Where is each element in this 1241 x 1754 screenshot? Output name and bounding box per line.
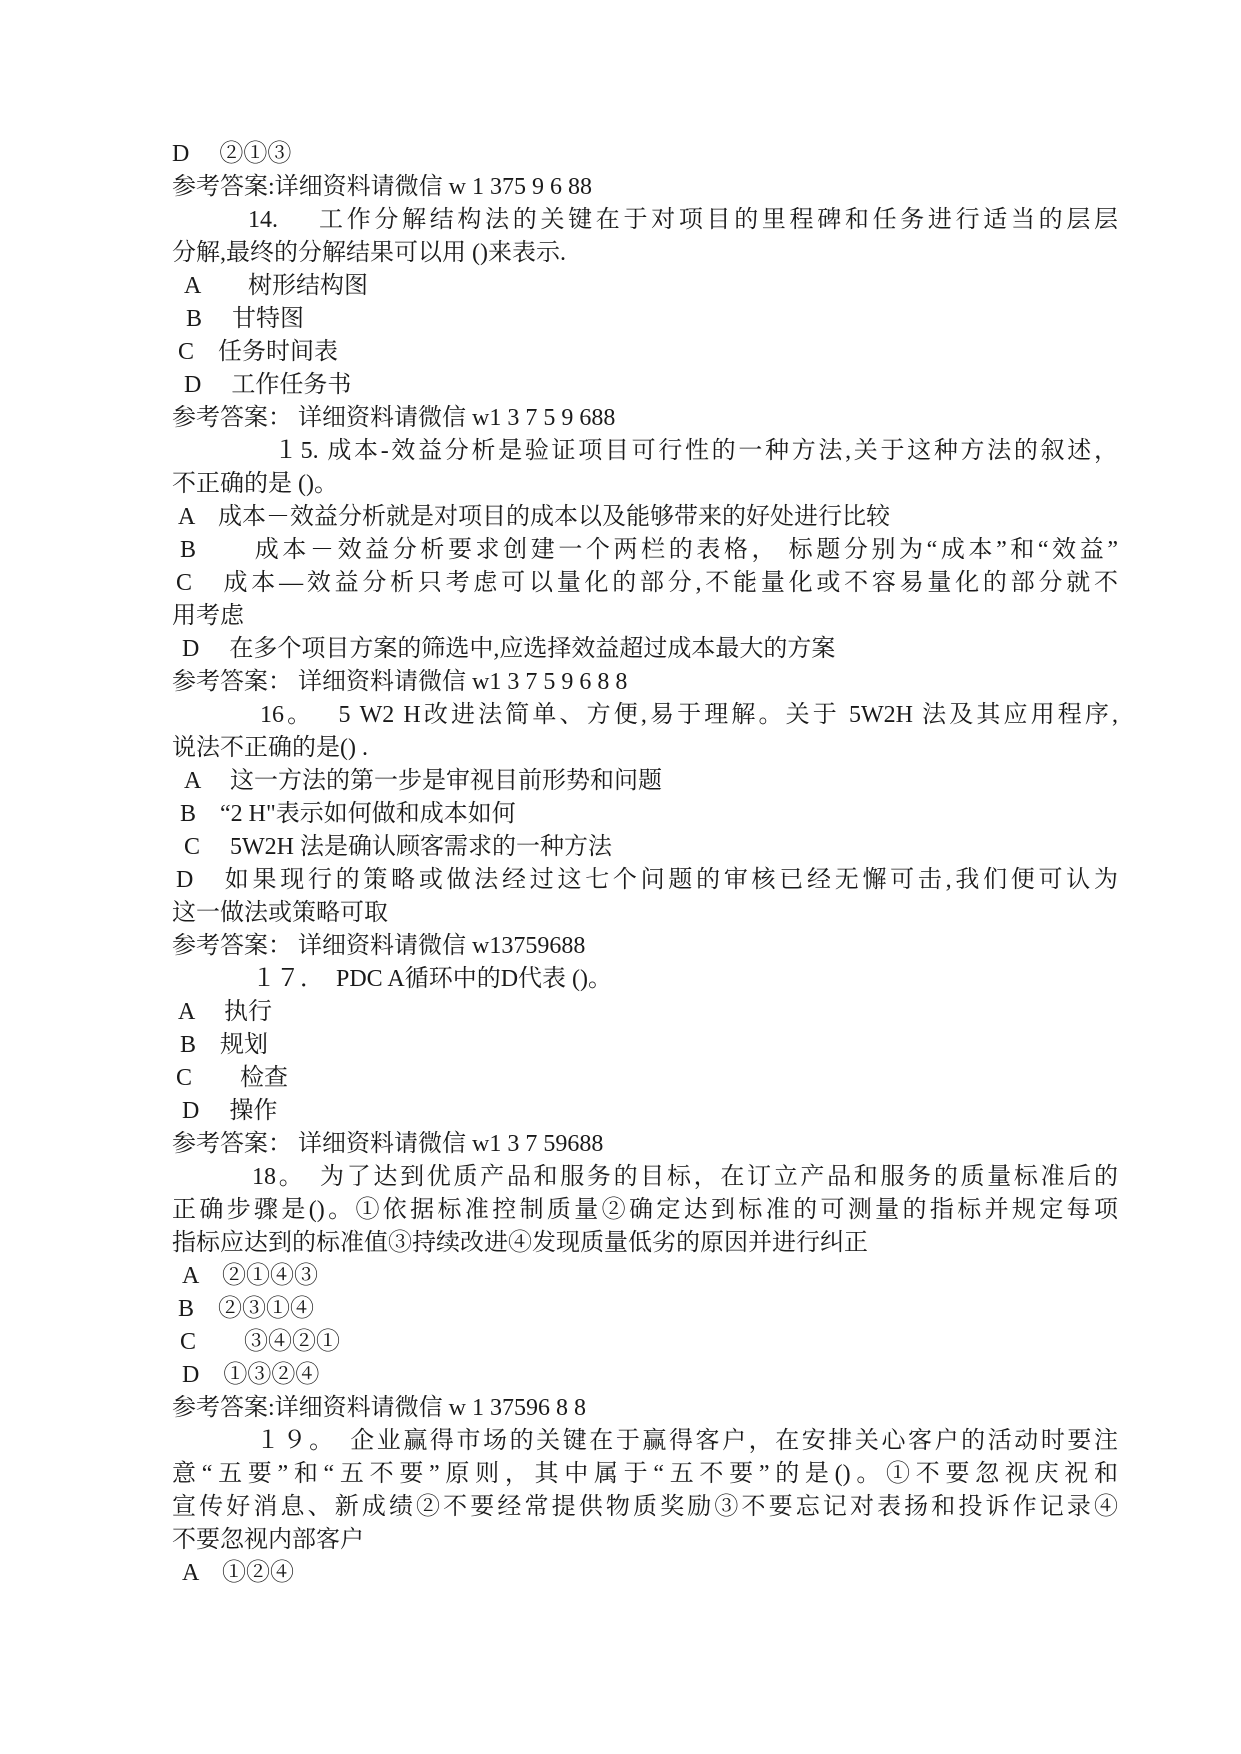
q17-answer: 参考答案： 详细资料请微信 w1 3 7 59688 <box>172 1128 1118 1161</box>
q15-option-b: B 成本－效益分析要求创建一个两栏的表格， 标题分别为“成本”和“效益” <box>172 534 1118 567</box>
q15-option-d: D 在多个项目方案的筛选中,应选择效益超过成本最大的方案 <box>172 633 1118 666</box>
q17-option-d: D 操作 <box>172 1095 1118 1128</box>
q13-answer: 参考答案:详细资料请微信 w 1 375 9 6 88 <box>172 171 1118 204</box>
q14-stem-line2: 分解,最终的分解结果可以用 ()来表示. <box>172 237 1118 270</box>
q18-stem-line1: 18。 为了达到优质产品和服务的目标，在订立产品和服务的质量标准后的 <box>172 1161 1118 1194</box>
q14-answer: 参考答案： 详细资料请微信 w1 3 7 5 9 688 <box>172 402 1118 435</box>
q15-option-c-line1: C 成本—效益分析只考虑可以量化的部分,不能量化或不容易量化的部分就不 <box>172 567 1118 600</box>
q18-stem-line3: 指标应达到的标准值③持续改进④发现质量低劣的原因并进行纠正 <box>172 1227 1118 1260</box>
q19-stem-line3: 宣传好消息、新成绩②不要经常提供物质奖励③不要忘记对表扬和投诉作记录④ <box>172 1491 1118 1524</box>
q17-stem: １７． PDC A循环中的D代表 ()。 <box>172 963 1118 996</box>
q15-answer: 参考答案： 详细资料请微信 w1 3 7 5 9 6 8 8 <box>172 666 1118 699</box>
q16-option-c: C 5W2H 法是确认顾客需求的一种方法 <box>172 831 1118 864</box>
q19-stem-line2: 意“五要”和“五不要”原则，其中属于“五不要”的是()。①不要忽视庆祝和 <box>172 1458 1118 1491</box>
q15-stem-line2: 不正确的是 ()。 <box>172 468 1118 501</box>
q14-option-c: C 任务时间表 <box>172 336 1118 369</box>
q18-answer: 参考答案:详细资料请微信 w 1 37596 8 8 <box>172 1392 1118 1425</box>
q14-stem-line1: 14. 工作分解结构法的关键在于对项目的里程碑和任务进行适当的层层 <box>172 204 1118 237</box>
q14-option-b: B 甘特图 <box>172 303 1118 336</box>
q18-option-d: D ①③②④ <box>172 1359 1118 1392</box>
q17-option-c: C 检查 <box>172 1062 1118 1095</box>
q16-option-d-line2: 这一做法或策略可取 <box>172 897 1118 930</box>
q18-option-c: C ③④②① <box>172 1326 1118 1359</box>
q19-option-a: A ①②④ <box>172 1557 1118 1590</box>
q18-stem-line2: 正确步骤是()。①依据标准控制质量②确定达到标准的可测量的指标并规定每项 <box>172 1194 1118 1227</box>
q16-option-a: A 这一方法的第一步是审视目前形势和问题 <box>172 765 1118 798</box>
q16-option-b: B “2 H"表示如何做和成本如何 <box>172 798 1118 831</box>
q15-option-a: A 成本－效益分析就是对项目的成本以及能够带来的好处进行比较 <box>172 501 1118 534</box>
q16-stem-line1: 16。 5 W2 H改进法简单、方便,易于理解。关于 5W2H 法及其应用程序, <box>172 699 1118 732</box>
q18-option-a: A ②①④③ <box>172 1260 1118 1293</box>
q18-option-b: B ②③①④ <box>172 1293 1118 1326</box>
q16-stem-line2: 说法不正确的是() . <box>172 732 1118 765</box>
q16-answer: 参考答案： 详细资料请微信 w13759688 <box>172 930 1118 963</box>
document-text-block: D ②①③参考答案:详细资料请微信 w 1 375 9 6 8814. 工作分解… <box>172 138 1118 1590</box>
q14-option-d: D 工作任务书 <box>172 369 1118 402</box>
document-page: D ②①③参考答案:详细资料请微信 w 1 375 9 6 8814. 工作分解… <box>0 0 1241 1754</box>
q14-option-a: A 树形结构图 <box>172 270 1118 303</box>
q16-option-d-line1: D 如果现行的策略或做法经过这七个问题的审核已经无懈可击,我们便可认为 <box>172 864 1118 897</box>
q15-stem-line1: １5. 成本-效益分析是验证项目可行性的一种方法,关于这种方法的叙述， <box>172 435 1118 468</box>
q17-option-b: B 规划 <box>172 1029 1118 1062</box>
q19-stem-line4: 不要忽视内部客户 <box>172 1524 1118 1557</box>
q19-stem-line1: １９。 企业赢得市场的关键在于赢得客户，在安排关心客户的活动时要注 <box>172 1425 1118 1458</box>
q13-option-d: D ②①③ <box>172 138 1118 171</box>
q17-option-a: A 执行 <box>172 996 1118 1029</box>
q15-option-c-line2: 用考虑 <box>172 600 1118 633</box>
